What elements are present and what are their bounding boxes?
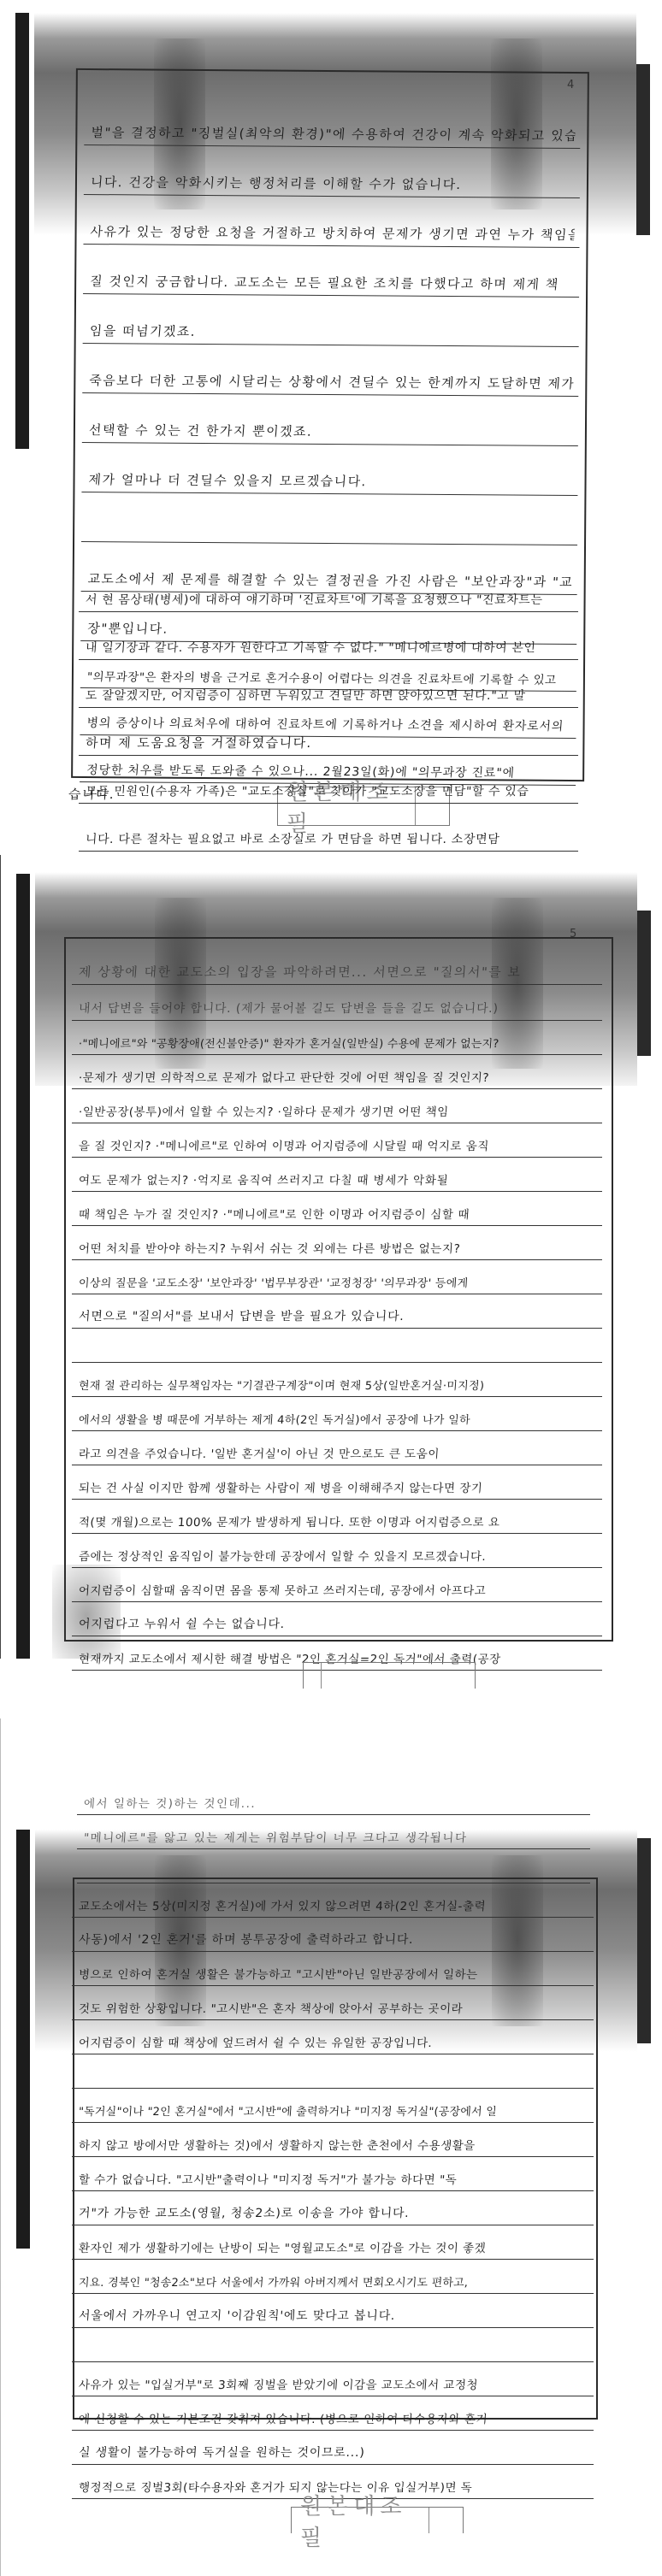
text-line: "독거실"이나 "2인 혼거실"에서 "고시반"에 출력하거나 "미지정 독거실… <box>72 2089 594 2123</box>
blank-line <box>72 2328 594 2362</box>
page-5-rows: 제 상황에 대한 교도소의 입장을 파악하려면... 서면으로 "질의서"를 보… <box>72 947 602 1021</box>
scan-edge-left <box>15 13 29 449</box>
text-line: 어지럽다고 누워서 쉴 수는 없습니다. <box>72 1602 602 1636</box>
text-line: 내서 답변을 들어야 합니다. (제가 물어볼 길도 답변을 들을 길도 없습니… <box>72 985 602 1021</box>
text-line: 거"가 가능한 교도소(영월, 청송2소)로 이송을 가야 합니다. <box>72 2191 594 2225</box>
text-line: 도 잘알겠지만, 어지럼증이 심하면 누워있고 견딜만 하면 앉아있으면 된다.… <box>79 660 578 708</box>
text-line: 사동)에서 '2인 혼거'를 하며 봉투공장에 출력하라고 합니다. <box>72 1918 594 1952</box>
text-line: 서면으로 "질의서"를 보내서 답변을 받을 필요가 있습니다. <box>72 1294 602 1329</box>
text-line: 어지럼증이 심할때 움직이면 몸을 통제 못하고 쓰러지는데, 공장에서 아프다… <box>72 1568 602 1602</box>
stamp-seal <box>322 1663 359 1689</box>
text-line: "메니에르"를 앓고 있는 제게는 위험부담이 너무 크다고 생각됩니다 <box>77 1815 590 1849</box>
text-line: 내 일기장과 같다. 수용자가 원한다고 기록할 수 없다." "메니에르병에 … <box>79 612 578 660</box>
text-line: 에 신청할 수 있는 기본조건 갖춰져 있습니다. (병으로 인하여 타수용자와… <box>72 2396 594 2431</box>
question-line: 때 책임은 누가 질 것인지? ·"메니에르"로 인한 이명과 어지럼증이 심할… <box>72 1192 602 1226</box>
blank-line <box>77 1849 590 1883</box>
text-line: 할 수가 없습니다. "고시반"출력이나 "미지정 독거"가 불가능 하다면 "… <box>72 2157 594 2191</box>
text-line: 것도 위험한 상황입니다. "고시반"은 혼자 책상에 앉아서 공부하는 곳이라 <box>72 1986 594 2020</box>
text-line: 사유가 있는 정당한 요청을 거절하고 방치하여 문제가 생기면 과연 누가 책… <box>83 195 579 248</box>
scan-edge-left <box>16 874 30 1659</box>
text-line: 니다. 다른 절차는 필요없고 바로 소장실로 가 면담을 하면 됩니다. 소장… <box>79 804 578 852</box>
text-line: 에서의 생활을 병 때문에 거부하는 제게 4하(2인 독거실)에서 공장에 나… <box>72 1397 602 1431</box>
page-6-rows-body: 교도소에서는 5상(미지정 혼거실)에 가서 있지 않으려면 4하(2인 혼거실… <box>72 1883 594 2499</box>
question-line: ·"메니에르"와 "공황장애(전신불안증)" 환자가 혼거실(일반실) 수용에 … <box>72 1021 602 1055</box>
certified-copy-stamp <box>303 1662 476 1689</box>
certified-copy-stamp: 원본대조필 <box>291 2507 464 2533</box>
question-line: 어떤 처치를 받아야 하는지? 누워서 쉬는 것 외에는 다른 방법은 없는지? <box>72 1226 602 1260</box>
stamp-seal <box>429 2508 463 2533</box>
text-line: 제 상황에 대한 교도소의 입장을 파악하려면... 서면으로 "질의서"를 보 <box>72 947 602 985</box>
text-line: 니다. 건강을 악화시키는 행정처리를 이해할 수가 없습니다. <box>84 145 580 198</box>
text-line: 현재 절 관리하는 실무책임자는 "기결관구계장"이며 현재 5상(일반혼거실·… <box>72 1363 602 1397</box>
question-line: 을 질 것인지? ·"메니에르"로 인하여 이명과 어지럼증에 시달릴 때 억지… <box>72 1123 602 1158</box>
scan-edge-right <box>635 64 650 235</box>
blank-line <box>72 1329 602 1363</box>
question-line: ·문제가 생기면 의학적으로 문제가 없다고 판단한 것에 어떤 책임을 질 것… <box>72 1055 602 1089</box>
text-line: 서 현 몸상태(병세)에 대하여 얘기하며 '진료차트'에 기록을 요청했으나 … <box>79 564 578 612</box>
text-line: 어지럼증이 심할 때 책상에 엎드려서 쉴 수 있는 유일한 공장입니다. <box>72 2020 594 2054</box>
page-4-lower-rows: 서 현 몸상태(병세)에 대하여 얘기하며 '진료차트'에 기록을 요청했으나 … <box>79 564 578 891</box>
stamp-label <box>304 1663 322 1689</box>
scan-edge-right <box>635 911 651 1056</box>
page-5-rows-body: ·"메니에르"와 "공황장애(전신불안증)" 환자가 혼거실(일반실) 수용에 … <box>72 1021 602 1671</box>
text-line: 서울에서 가까우니 연고지 '이감원칙'에도 맞다고 봅니다. <box>72 2294 594 2328</box>
page-6-rows-top: 에서 일하는 것)하는 것인데... "메니에르"를 앓고 있는 제게는 위험부… <box>77 1781 590 1883</box>
text-line: 에서 일하는 것)하는 것인데... <box>77 1781 590 1815</box>
text-line: 이상의 질문을 '교도소장' '보안과장' '법무부장관' '교정청장' '의무… <box>72 1260 602 1294</box>
text-line: 적(몇 개월)으로는 100% 문제가 발생하게 됩니다. 또한 이명과 어지럼… <box>72 1500 602 1534</box>
scan-edge-left <box>16 1830 30 2249</box>
text-line: 모든 민원인(수용자 가족)은 "교도소장실"로 찾아가 "교도소장을 면담"할… <box>79 756 578 804</box>
text-line: 즘에는 정상적인 움직임이 불가능한데 공장에서 일할 수 있을지 모르겠습니다… <box>72 1534 602 1568</box>
question-line: ·일반공장(봉투)에서 일할 수 있는지? ·일하다 문제가 생기면 어떤 책임 <box>72 1089 602 1123</box>
text-line: 교도소에서는 5상(미지정 혼거실)에 가서 있지 않으려면 4하(2인 혼거실… <box>72 1883 594 1918</box>
text-line: 벌"을 결정하고 "징벌실(최악의 환경)"에 수용하여 건강이 계속 악화되고… <box>84 96 580 149</box>
text-line: 하며 제 도움요청을 거절하였습니다. <box>79 708 578 756</box>
stamp-label: 원본대조필 <box>292 2508 429 2533</box>
text-line: 병으로 인하여 혼거실 생활은 불가능하고 "고시반"아닌 일반공장에서 일하는 <box>72 1952 594 1986</box>
scan-edge-right <box>635 1838 651 2043</box>
text-line: 지요. 경북인 "청송2소"보다 서울에서 가까워 아버지께서 면회오시기도 편… <box>72 2260 594 2294</box>
blank-line <box>72 2054 594 2089</box>
text-line: 되는 건 사실 이지만 함께 생활하는 사람이 제 병을 이해해주지 않는다면 … <box>72 1465 602 1500</box>
text-line: 환자인 제가 생활하기에는 난방이 되는 "영월교도소"로 이감을 가는 것이 … <box>72 2225 594 2260</box>
text-line: 라고 의견을 주었습니다. '일반 혼거실'이 아닌 것 만으로도 큰 도움이 <box>72 1431 602 1465</box>
text-line: 하지 않고 방에서만 생활하는 것)에서 생활하지 않는한 춘천에서 수용생활을 <box>72 2123 594 2157</box>
text-line: 실 생활이 불가능하여 독거실을 원하는 것이므로...) <box>72 2431 594 2465</box>
question-line: 여도 문제가 없는지? ·억지로 움직여 쓰러지고 다칠 때 병세가 악화될 <box>72 1158 602 1192</box>
text-line: 사유가 있는 "입실거부"로 3회째 징벌을 받았기에 이감을 교도소에서 교정… <box>72 2362 594 2396</box>
